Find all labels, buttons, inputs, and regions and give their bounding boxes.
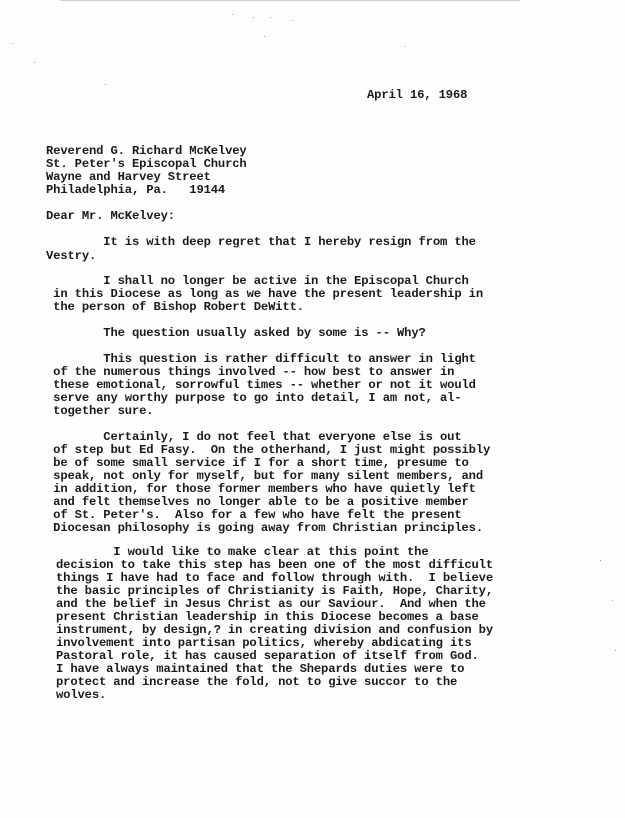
body-line: The question usually asked by some is --… xyxy=(46,327,426,340)
scan-speck xyxy=(270,17,271,18)
scan-speck xyxy=(12,43,13,44)
body-line: protect and increase the fold, not to gi… xyxy=(56,676,457,689)
scan-speck xyxy=(232,14,233,15)
scan-speck xyxy=(253,17,254,18)
salutation: Dear Mr. McKelvey: xyxy=(46,210,175,223)
letter-page: April 16, 1968 Reverend G. Richard McKel… xyxy=(0,0,625,818)
scan-speck xyxy=(292,20,293,21)
body-line: It is with deep regret that I hereby res… xyxy=(46,236,476,249)
body-line: together sure. xyxy=(46,405,153,418)
scan-speck xyxy=(600,560,601,561)
scan-speck xyxy=(105,84,106,85)
scan-speck xyxy=(612,600,613,601)
scan-speck xyxy=(404,46,405,47)
recipient-line: Philadelphia, Pa. 19144 xyxy=(46,184,225,197)
body-line: the person of Bishop Robert DeWitt. xyxy=(46,301,304,314)
scan-speck xyxy=(615,650,616,651)
scan-speck xyxy=(34,62,35,63)
letter-date: April 16, 1968 xyxy=(367,89,467,102)
scan-speck xyxy=(264,36,265,37)
body-line: Vestry. xyxy=(46,250,96,263)
body-line: Diocesan philosophy is going away from C… xyxy=(46,522,483,535)
body-line: wolves. xyxy=(56,689,106,702)
scan-edge-line xyxy=(60,0,520,1)
